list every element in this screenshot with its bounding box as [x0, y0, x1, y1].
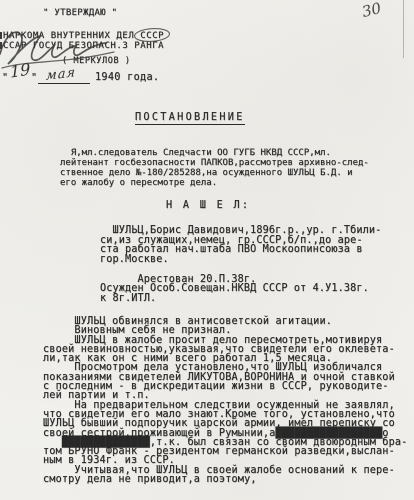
- document-title: ПОСТАНОВЛЕНИЕ: [135, 112, 245, 125]
- body-text: ШУЛЬЦ обвинялся в антисоветской агитации…: [43, 317, 407, 484]
- date-year: 1940 года.: [95, 72, 159, 83]
- handwritten-day: 19: [10, 59, 31, 81]
- intro-paragraph: Я,мл.следователь Следчасти ОО ГУГБ НКВД …: [60, 148, 369, 188]
- handwritten-month: мая: [46, 65, 77, 84]
- date-open-quote: ": [2, 72, 8, 83]
- found-heading: Н А Ш Е Л:: [166, 200, 250, 211]
- scanned-document-page: 30 " УТВЕРЖДАЮ " НАРКОМА ВНУТРЕННИХ ДЕЛ …: [0, 0, 414, 500]
- subject-description: ШУЛЬЦ,Борис Давидович,1896г.р.,ур. г.Тби…: [100, 226, 381, 304]
- page-edge-line: [403, 0, 404, 58]
- approval-title: " УТВЕРЖДАЮ ": [43, 8, 117, 18]
- pen-oval-annotation: [133, 27, 171, 43]
- date-close-quote: ": [31, 72, 37, 83]
- handwritten-page-number: 30: [360, 0, 383, 21]
